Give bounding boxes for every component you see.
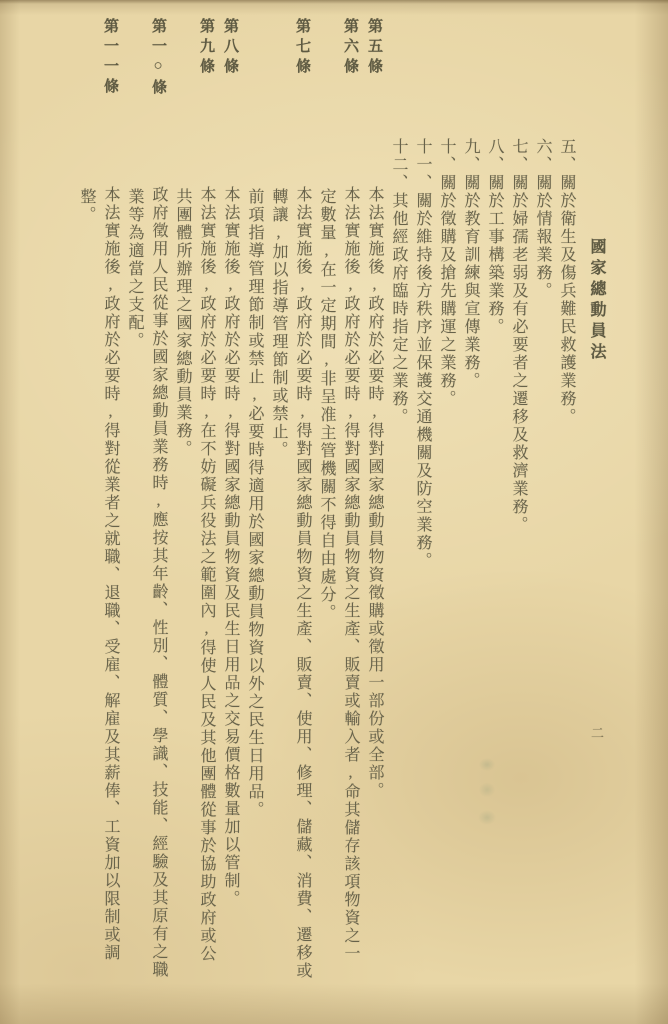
article-8: 第八條本法實施後,政府於必要時,得對國家總動員物資及民生日用品之交易價格數量加以… xyxy=(218,103,242,980)
list-item-12: 十二、其他經政府臨時指定之業務。 xyxy=(386,103,410,930)
article-10-body: 政府徵用人民從事於國家總動員業務時,應按其年齡、性別、體質、學識、技能、經驗及其… xyxy=(126,186,167,979)
article-8-number: 第八條 xyxy=(218,103,242,186)
article-9: 第九條本法實施後,政府於必要時,在不妨礙兵役法之範圍內,得使人民及其他團體從事於… xyxy=(170,103,218,980)
ink-smudge xyxy=(474,752,500,836)
article-8-body: 本法實施後,政府於必要時,得對國家總動員物資及民生日用品之交易價格數量加以管制。 xyxy=(222,186,239,908)
article-6: 第六條本法實施後,政府於必要時,得對國家總動員物資之生產、販賣或輸入者,命其儲存… xyxy=(314,103,362,980)
article-5-body: 本法實施後,政府於必要時,得對國家總動員物資徵購或徵用一部份或全部。 xyxy=(366,186,383,800)
article-11: 第一一條本法實施後,政府於必要時,得對從業者之就職、退職、受雇、解雇及其薪俸、工… xyxy=(74,103,122,980)
article-6-number: 第六條 xyxy=(338,103,362,186)
list-item-5: 五、關於衛生及傷兵難民救護業務。 xyxy=(554,103,578,930)
article-10-number: 第一○條 xyxy=(146,103,170,186)
list-item-10: 十、關於徵購及搶先購運之業務。 xyxy=(434,103,458,930)
article-5: 第五條本法實施後,政府於必要時,得對國家總動員物資徵購或徵用一部份或全部。 xyxy=(362,103,386,980)
article-6-body: 本法實施後,政府於必要時,得對國家總動員物資之生產、販賣或輸入者,命其儲存該項物… xyxy=(318,186,359,963)
list-item-11: 十一、關於維持後方秩序並保護交通機關及防空業務。 xyxy=(410,103,434,930)
article-5-number: 第五條 xyxy=(362,103,386,186)
article-7-body: 本法實施後,政府於必要時,得對國家總動員物資之生產、販賣、使用、修理、儲藏、消費… xyxy=(270,186,311,980)
list-item-6: 六、關於情報業務。 xyxy=(530,103,554,930)
list-item-7: 七、關於婦孺老弱及有必要者之遷移及救濟業務。 xyxy=(506,103,530,930)
document-page: 國家總動員法 五、關於衛生及傷兵難民救護業務。 六、關於情報業務。 七、關於婦孺… xyxy=(0,0,668,1024)
article-9-number: 第九條 xyxy=(194,103,218,186)
article-7: 第七條本法實施後,政府於必要時,得對國家總動員物資之生產、販賣、使用、修理、儲藏… xyxy=(266,103,314,980)
article-10: 第一○條政府徵用人民從事於國家總動員業務時,應按其年齡、性別、體質、學識、技能、… xyxy=(122,103,170,980)
article-7-number: 第七條 xyxy=(290,103,314,186)
page-header-title: 國家總動員法 xyxy=(585,238,608,364)
article-9-body: 本法實施後,政府於必要時,在不妨礙兵役法之範圍內,得使人民及其他團體從事於協助政… xyxy=(174,186,215,963)
article-11-body: 本法實施後,政府於必要時,得對從業者之就職、退職、受雇、解雇及其薪俸、工資加以限… xyxy=(78,186,119,962)
page-number: 二 xyxy=(587,726,606,741)
article-7-paragraph-2: 前項指導管理節制或禁止,必要時得適用於國家總動員物資以外之民生日用品。 xyxy=(242,103,266,980)
article-11-number: 第一一條 xyxy=(98,103,122,186)
